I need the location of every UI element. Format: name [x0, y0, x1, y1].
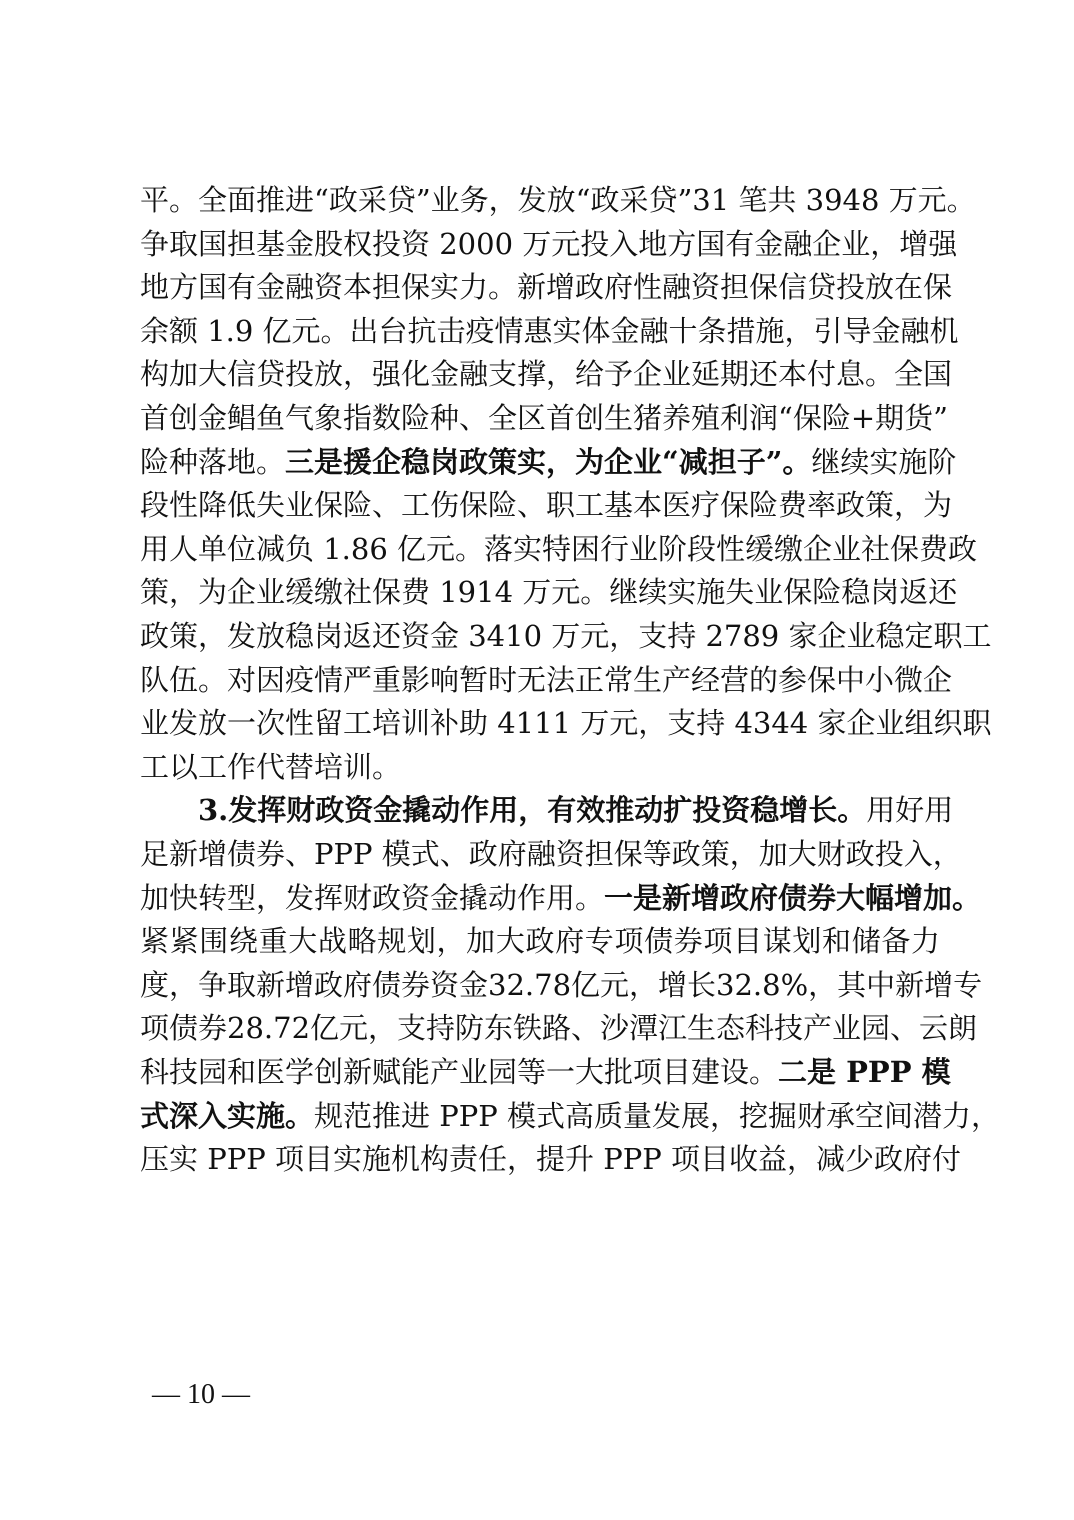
bold-heading-text: 三是援企稳岗政策实，为企业“减担子”。	[285, 445, 811, 479]
paragraph-text: 规范推进 PPP 模式高质量发展，挖掘财承空间潜力，	[314, 1099, 1000, 1133]
text-line: 争取国担基金股权投资 2000 万元投入地方国有金融企业，增强	[140, 222, 940, 266]
paragraph-text: 压实 PPP 项目实施机构责任，提升 PPP 项目收益，减少政府付	[140, 1142, 961, 1176]
text-line: 加快转型，发挥财政资金撬动作用。一是新增政府债券大幅增加。	[140, 876, 940, 920]
paragraph-text: 构加大信贷投放，强化金融支撑，给予企业延期还本付息。全国	[140, 357, 952, 391]
text-line: 段性降低失业保险、工伤保险、职工基本医疗保险费率政策，为	[140, 483, 940, 527]
bold-heading-text: 一是新增政府债券大幅增加。	[604, 881, 981, 915]
text-line: 科技园和医学创新赋能产业园等一大批项目建设。二是 PPP 模	[140, 1050, 940, 1094]
text-line: 险种落地。三是援企稳岗政策实，为企业“减担子”。继续实施阶	[140, 440, 940, 484]
paragraph-text: 用人单位减负 1.86 亿元。落实特困行业阶段性缓缴企业社保费政	[140, 532, 977, 566]
text-line: 地方国有金融资本担保实力。新增政府性融资担保信贷投放在保	[140, 265, 940, 309]
paragraph-text: 平。全面推进“政采贷”业务，发放“政采贷”31 笔共 3948 万元。	[140, 183, 976, 217]
bold-heading-text: 式深入实施。	[140, 1099, 314, 1133]
text-line: 压实 PPP 项目实施机构责任，提升 PPP 项目收益，减少政府付	[140, 1137, 940, 1181]
paragraph-text: 度，争取新增政府债券资金32.78亿元，增长32.8%，其中新增专	[140, 968, 982, 1002]
text-line: 首创金鲳鱼气象指数险种、全区首创生猪养殖利润“保险+期货”	[140, 396, 940, 440]
text-line: 业发放一次性留工培训补助 4111 万元，支持 4344 家企业组织职	[140, 701, 940, 745]
bold-heading-text: 3.发挥财政资金撬动作用，有效推动扩投资稳增长。	[198, 793, 866, 827]
text-line: 紧紧围绕重大战略规划，加大政府专项债券项目谋划和储备力	[140, 919, 940, 963]
paragraph-text: 段性降低失业保险、工伤保险、职工基本医疗保险费率政策，为	[140, 488, 952, 522]
paragraph-text: 加快转型，发挥财政资金撬动作用。	[140, 881, 604, 915]
text-line: 足新增债券、PPP 模式、政府融资担保等政策，加大财政投入，	[140, 832, 940, 876]
paragraph-text: 策，为企业缓缴社保费 1914 万元。继续实施失业保险稳岗返还	[140, 575, 957, 609]
paragraph-text: 紧紧围绕重大战略规划，加大政府专项债券项目谋划和储备力	[140, 924, 940, 958]
text-line: 余额 1.9 亿元。出台抗击疫情惠实体金融十条措施，引导金融机	[140, 309, 940, 353]
text-line: 式深入实施。规范推进 PPP 模式高质量发展，挖掘财承空间潜力，	[140, 1094, 940, 1138]
text-line: 工以工作代替培训。	[140, 745, 940, 789]
paragraph-text: 地方国有金融资本担保实力。新增政府性融资担保信贷投放在保	[140, 270, 952, 304]
text-line: 策，为企业缓缴社保费 1914 万元。继续实施失业保险稳岗返还	[140, 570, 940, 614]
paragraph-text: 队伍。对因疫情严重影响暂时无法正常生产经营的参保中小微企	[140, 663, 952, 697]
bold-heading-text: 二是 PPP 模	[778, 1055, 951, 1089]
paragraph-text: 工以工作代替培训。	[140, 750, 401, 784]
text-line: 队伍。对因疫情严重影响暂时无法正常生产经营的参保中小微企	[140, 658, 940, 702]
paragraph-text: 继续实施阶	[811, 445, 956, 479]
paragraph-text: 余额 1.9 亿元。出台抗击疫情惠实体金融十条措施，引导金融机	[140, 314, 959, 348]
text-line: 构加大信贷投放，强化金融支撑，给予企业延期还本付息。全国	[140, 352, 940, 396]
paragraph-text: 用好用	[866, 793, 953, 827]
paragraph-text: 险种落地。	[140, 445, 285, 479]
text-line: 度，争取新增政府债券资金32.78亿元，增长32.8%，其中新增专	[140, 963, 940, 1007]
paragraph-text: 项债券28.72亿元，支持防东铁路、沙潭江生态科技产业园、云朗	[140, 1011, 977, 1045]
paragraph-text: 业发放一次性留工培训补助 4111 万元，支持 4344 家企业组织职	[140, 706, 991, 740]
text-line: 政策，发放稳岗返还资金 3410 万元，支持 2789 家企业稳定职工	[140, 614, 940, 658]
paragraph-text: 科技园和医学创新赋能产业园等一大批项目建设。	[140, 1055, 778, 1089]
page-number: — 10 —	[152, 1375, 250, 1415]
paragraph-text: 首创金鲳鱼气象指数险种、全区首创生猪养殖利润“保险+期货”	[140, 401, 948, 435]
text-line: 项债券28.72亿元，支持防东铁路、沙潭江生态科技产业园、云朗	[140, 1006, 940, 1050]
text-line: 用人单位减负 1.86 亿元。落实特困行业阶段性缓缴企业社保费政	[140, 527, 940, 571]
paragraph-text: 政策，发放稳岗返还资金 3410 万元，支持 2789 家企业稳定职工	[140, 619, 991, 653]
document-page: 平。全面推进“政采贷”业务，发放“政采贷”31 笔共 3948 万元。争取国担基…	[0, 0, 1074, 1520]
text-line: 平。全面推进“政采贷”业务，发放“政采贷”31 笔共 3948 万元。	[140, 178, 940, 222]
text-line: 3.发挥财政资金撬动作用，有效推动扩投资稳增长。用好用	[198, 788, 940, 832]
paragraph-text: 争取国担基金股权投资 2000 万元投入地方国有金融企业，增强	[140, 227, 957, 261]
paragraph-text: 足新增债券、PPP 模式、政府融资担保等政策，加大财政投入，	[140, 837, 962, 871]
